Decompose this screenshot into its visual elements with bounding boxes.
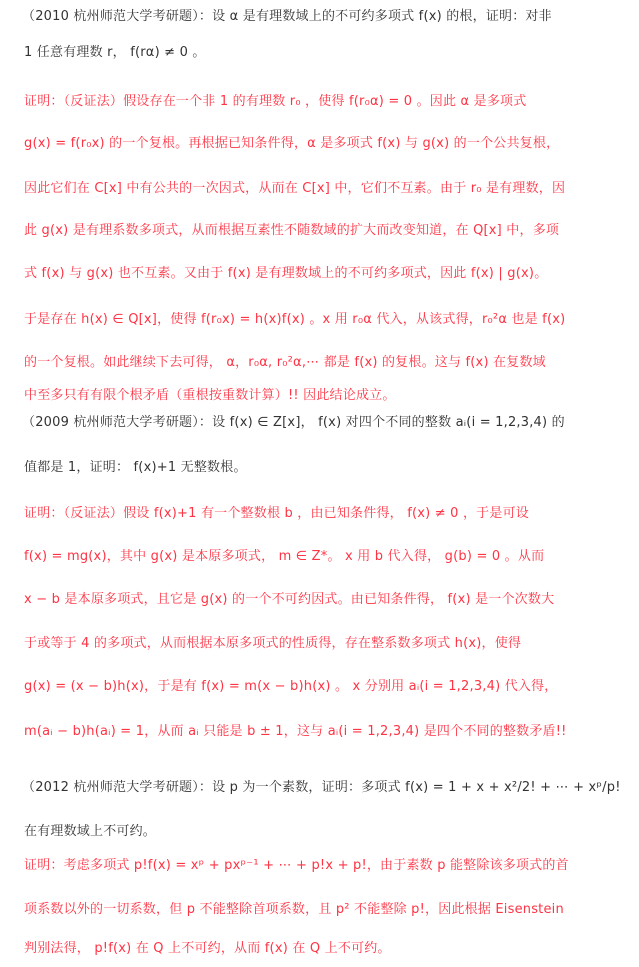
problem-3-proof-line-1: 证明：考虑多项式 p!f(x) = xᵖ + pxᵖ⁻¹ + ⋯ + p!x +…: [24, 857, 569, 875]
text: 证明：考虑多项式 p!f(x) = xᵖ + pxᵖ⁻¹ + ⋯ + p!x +…: [24, 858, 569, 873]
problem-3-statement-line-1: （2012 杭州师范大学考研题）：设 p 为一个素数，证明：多项式 f(x) =…: [22, 779, 621, 797]
problem-1-proof-line-6: 于是存在 h(x) ∈ Q[x]，使得 f(r₀x) = h(x)f(x) 。x…: [24, 311, 565, 329]
text: 此 g(x) 是有理系数多项式，从而根据互素性不随数域的扩大而改变知道，在 Q[…: [24, 223, 559, 238]
text: 式 f(x) 与 g(x) 也不互素。又由于 f(x) 是有理数域上的不可约多项…: [24, 266, 547, 281]
text: （2009 杭州师范大学考研题）：设 f(x) ∈ Z[x]， f(x) 对四个…: [22, 415, 565, 430]
text: （2012 杭州师范大学考研题）：设 p 为一个素数，证明：多项式 f(x) =…: [22, 780, 621, 795]
problem-2-proof-line-4: 于或等于 4 的多项式，从而根据本原多项式的性质得，存在整系数多项式 h(x)，…: [24, 635, 521, 653]
problem-1-proof-line-3: 因此它们在 C[x] 中有公共的一次因式，从而在 C[x] 中，它们不互素。由于…: [24, 180, 565, 198]
text: 判别法得， p!f(x) 在 Q 上不可约，从而 f(x) 在 Q 上不可约。: [24, 941, 391, 956]
problem-2-statement-line-1: （2009 杭州师范大学考研题）：设 f(x) ∈ Z[x]， f(x) 对四个…: [22, 414, 565, 432]
problem-3-proof-line-3: 判别法得， p!f(x) 在 Q 上不可约，从而 f(x) 在 Q 上不可约。: [24, 940, 391, 958]
text: g(x) = f(r₀x) 的一个复根。再根据已知条件得，α 是多项式 f(x)…: [24, 136, 559, 151]
problem-1-proof-line-5: 式 f(x) 与 g(x) 也不互素。又由于 f(x) 是有理数域上的不可约多项…: [24, 265, 547, 283]
problem-1-proof-line-2: g(x) = f(r₀x) 的一个复根。再根据已知条件得，α 是多项式 f(x)…: [24, 135, 559, 153]
text: 1 任意有理数 r， f(rα) ≠ 0 。: [24, 45, 206, 60]
text: 在有理数域上不可约。: [24, 824, 156, 839]
text: m(aᵢ − b)h(aᵢ) = 1，从而 aᵢ 只能是 b ± 1，这与 aᵢ…: [24, 724, 567, 739]
text: 于是存在 h(x) ∈ Q[x]，使得 f(r₀x) = h(x)f(x) 。x…: [24, 312, 565, 327]
text: 项系数以外的一切系数，但 p 不能整除首项系数，且 p² 不能整除 p!，因此根…: [24, 902, 564, 917]
problem-1-proof-line-1: 证明：（反证法）假设存在一个非 1 的有理数 r₀ ，使得 f(r₀α) = 0…: [24, 93, 526, 111]
problem-1-proof-line-4: 此 g(x) 是有理系数多项式，从而根据互素性不随数域的扩大而改变知道，在 Q[…: [24, 222, 559, 240]
problem-2-proof-line-3: x − b 是本原多项式，且它是 g(x) 的一个不可约因式。由已知条件得， f…: [24, 591, 554, 609]
text: 中至多只有有限个根矛盾（重根按重数计算）!! 因此结论成立。: [24, 388, 396, 403]
text: （2010 杭州师范大学考研题）：设 α 是有理数域上的不可约多项式 f(x) …: [22, 9, 552, 24]
problem-1-statement-line-1: （2010 杭州师范大学考研题）：设 α 是有理数域上的不可约多项式 f(x) …: [22, 8, 552, 26]
text: g(x) = (x − b)h(x)，于是有 f(x) = m(x − b)h(…: [24, 679, 558, 694]
problem-1-statement-line-2: 1 任意有理数 r， f(rα) ≠ 0 。: [24, 44, 206, 62]
text: 因此它们在 C[x] 中有公共的一次因式，从而在 C[x] 中，它们不互素。由于…: [24, 181, 565, 196]
problem-2-proof-line-6: m(aᵢ − b)h(aᵢ) = 1，从而 aᵢ 只能是 b ± 1，这与 aᵢ…: [24, 723, 567, 741]
text: 证明：（反证法）假设存在一个非 1 的有理数 r₀ ，使得 f(r₀α) = 0…: [24, 94, 526, 109]
text: 值都是 1，证明： f(x)+1 无整数根。: [24, 460, 247, 475]
text: f(x) = mg(x)，其中 g(x) 是本原多项式， m ∈ Z*。 x 用…: [24, 549, 544, 564]
problem-2-proof-line-1: 证明：（反证法）假设 f(x)+1 有一个整数根 b ，由已知条件得， f(x)…: [24, 505, 529, 523]
problem-3-proof-line-2: 项系数以外的一切系数，但 p 不能整除首项系数，且 p² 不能整除 p!，因此根…: [24, 901, 564, 919]
problem-1-proof-line-8: 中至多只有有限个根矛盾（重根按重数计算）!! 因此结论成立。: [24, 387, 396, 405]
problem-1-proof-line-7: 的一个复根。如此继续下去可得， α，r₀α, r₀²α,⋯ 都是 f(x) 的复…: [24, 354, 546, 372]
text: 于或等于 4 的多项式，从而根据本原多项式的性质得，存在整系数多项式 h(x)，…: [24, 636, 521, 651]
text: 的一个复根。如此继续下去可得， α，r₀α, r₀²α,⋯ 都是 f(x) 的复…: [24, 355, 546, 370]
text: x − b 是本原多项式，且它是 g(x) 的一个不可约因式。由已知条件得， f…: [24, 592, 554, 607]
problem-2-proof-line-2: f(x) = mg(x)，其中 g(x) 是本原多项式， m ∈ Z*。 x 用…: [24, 548, 544, 566]
text: 证明：（反证法）假设 f(x)+1 有一个整数根 b ，由已知条件得， f(x)…: [24, 506, 529, 521]
problem-3-statement-line-2: 在有理数域上不可约。: [24, 823, 156, 841]
problem-2-proof-line-5: g(x) = (x − b)h(x)，于是有 f(x) = m(x − b)h(…: [24, 678, 558, 696]
problem-2-statement-line-2: 值都是 1，证明： f(x)+1 无整数根。: [24, 459, 247, 477]
